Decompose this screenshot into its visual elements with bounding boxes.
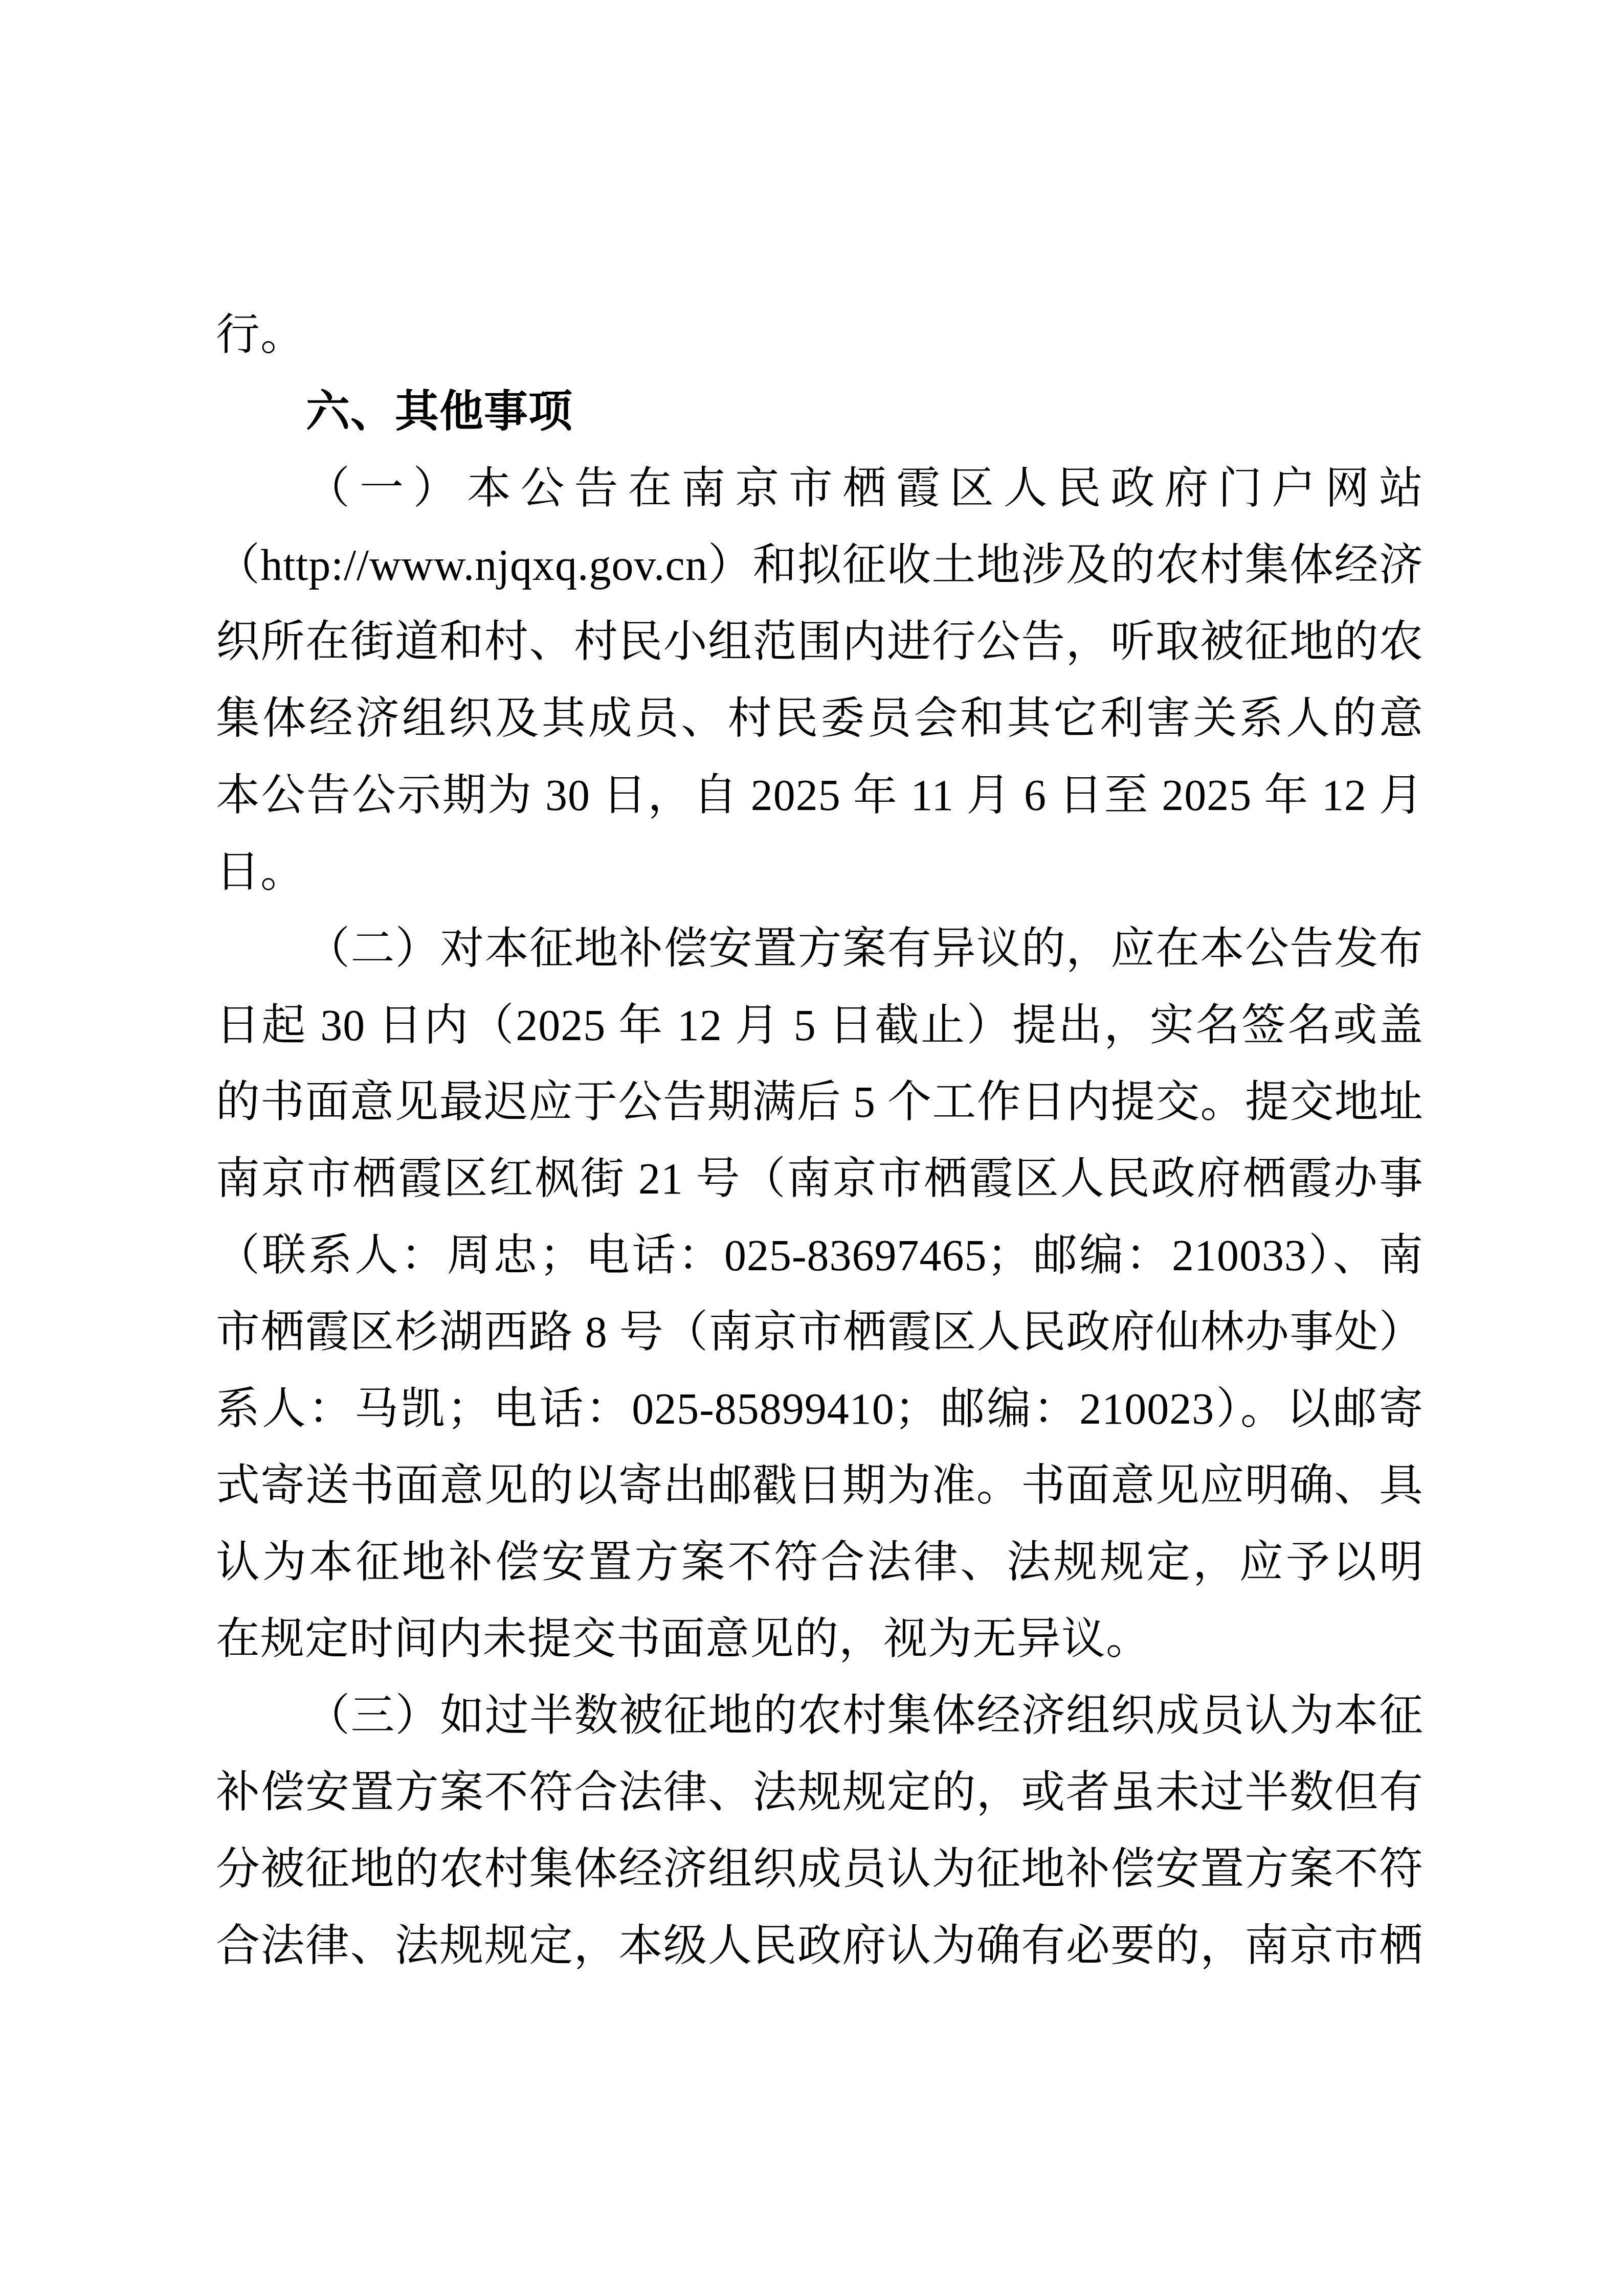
text-line: （二）对本征地补偿安置方案有异议的，应在本公告发布之 — [216, 910, 1423, 987]
text-line: 本公告公示期为 30 日，自 2025 年 11 月 6 日至 2025 年 1… — [216, 757, 1423, 834]
text-line: 式寄送书面意见的以寄出邮戳日期为准。书面意见应明确、具体， — [216, 1447, 1423, 1524]
text-line: （http://www.njqxq.gov.cn）和拟征收土地涉及的农村集体经济… — [216, 527, 1423, 603]
document-page: 行。 六、其他事项 （一）本公告在南京市栖霞区人民政府门户网站 （http://… — [0, 0, 1624, 2296]
text-line: 的书面意见最迟应于公告期满后 5 个工作日内提交。提交地址为： — [216, 1064, 1423, 1140]
text-line: 南京市栖霞区红枫街 21 号（南京市栖霞区人民政府栖霞办事处） — [216, 1140, 1423, 1217]
text-line: （一）本公告在南京市栖霞区人民政府门户网站 — [216, 450, 1423, 527]
text-line: （三）如过半数被征地的农村集体经济组织成员认为本征地 — [216, 1677, 1423, 1754]
text-line: 合法律、法规规定，本级人民政府认为确有必要的，南京市栖霞 — [216, 1907, 1423, 1984]
text-line: 集体经济组织及其成员、村民委员会和其它利害关系人的意见。 — [216, 680, 1423, 757]
section-heading: 六、其他事项 — [216, 373, 1423, 450]
text-line: 在规定时间内未提交书面意见的，视为无异议。 — [216, 1601, 1423, 1677]
text-line: 织所在街道和村、村民小组范围内进行公告，听取被征地的农村 — [216, 603, 1423, 680]
text-line: 行。 — [216, 297, 1423, 373]
text-line: 市栖霞区杉湖西路 8 号（南京市栖霞区人民政府仙林办事处）（联 — [216, 1294, 1423, 1370]
text-line: 日。 — [216, 834, 1423, 910]
text-line: （联系人：周忠；电话：025-83697465；邮编：210033）、南京 — [216, 1217, 1423, 1294]
text-line: 补偿安置方案不符合法律、法规规定的，或者虽未过半数但有部 — [216, 1754, 1423, 1831]
text-line: 认为本征地补偿安置方案不符合法律、法规规定，应予以明示。 — [216, 1524, 1423, 1601]
text-line: 分被征地的农村集体经济组织成员认为征地补偿安置方案不符 — [216, 1831, 1423, 1907]
text-line: 系人：马凯；电话：025-85899410；邮编：210023）。以邮寄方 — [216, 1370, 1423, 1447]
text-line: 日起 30 日内（2025 年 12 月 5 日截止）提出，实名签名或盖章 — [216, 987, 1423, 1064]
